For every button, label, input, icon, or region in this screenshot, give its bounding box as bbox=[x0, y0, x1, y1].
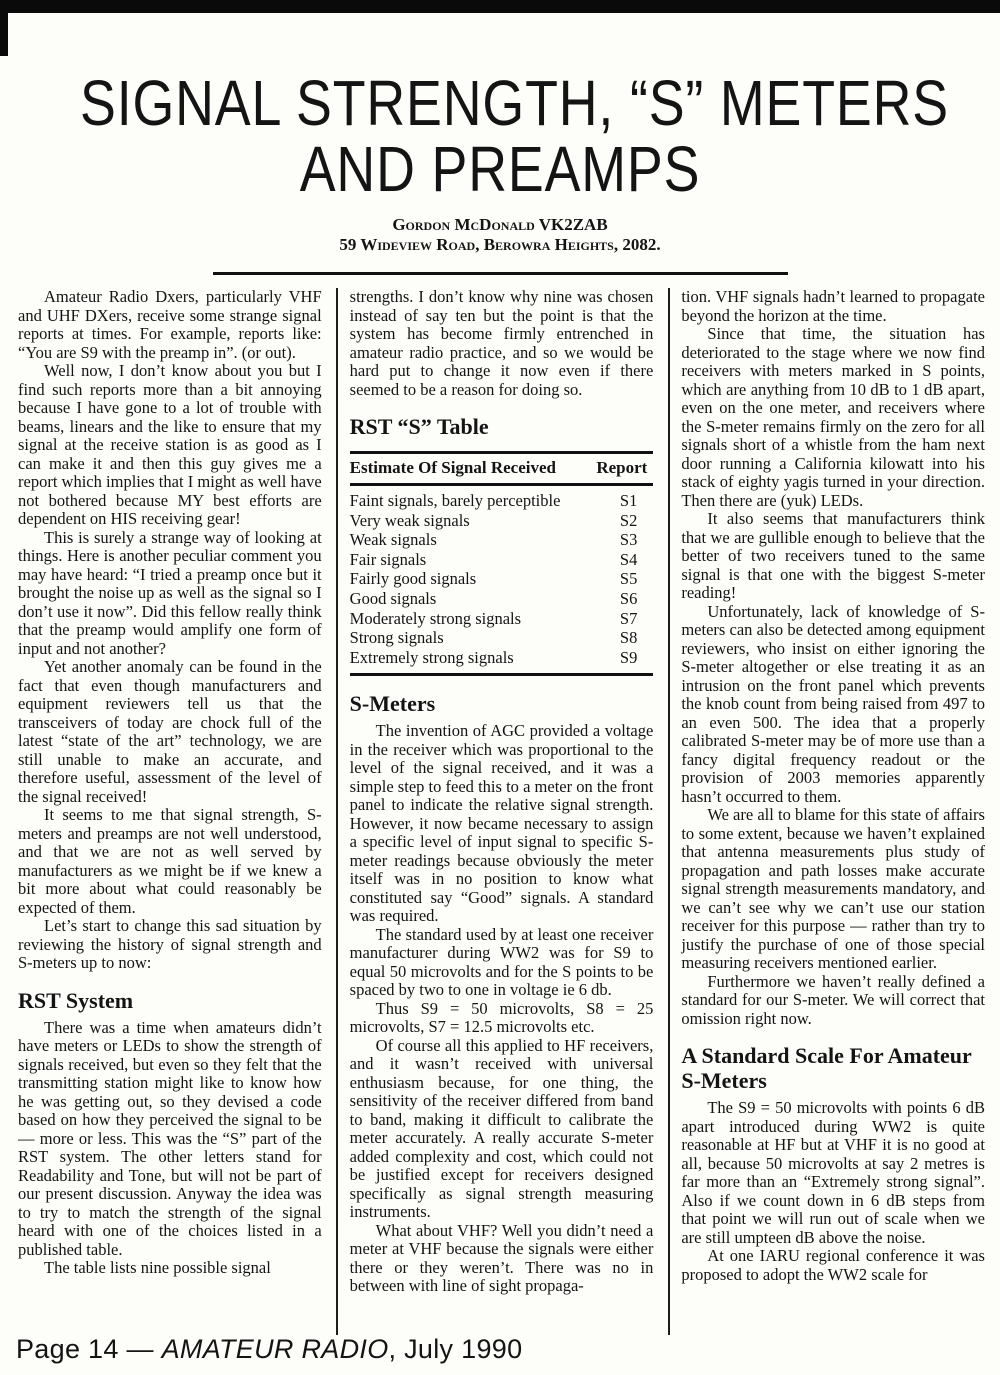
article-title-line1: SIGNAL STRENGTH, “S” METERS bbox=[80, 70, 920, 136]
paragraph: The invention of AGC provided a voltage … bbox=[350, 722, 654, 926]
paragraph: Well now, I don’t know about you but I f… bbox=[18, 362, 322, 529]
paragraph: This is surely a strange way of looking … bbox=[18, 529, 322, 659]
table-header-row: Estimate Of Signal Received Report bbox=[350, 453, 654, 485]
column-3: tion. VHF signals hadn’t learned to prop… bbox=[681, 288, 985, 1296]
paragraph: It seems to me that signal strength, S-m… bbox=[18, 806, 322, 917]
signal-estimate-cell: Moderately strong signals bbox=[350, 609, 589, 629]
footer-page-number: Page 14 — bbox=[16, 1334, 162, 1364]
paragraph: Since that time, the situation has deter… bbox=[681, 325, 985, 510]
table-row: Good signals S6 bbox=[350, 589, 654, 609]
paragraph: There was a time when amateurs didn’t ha… bbox=[18, 1019, 322, 1260]
signal-estimate-cell: Fairly good signals bbox=[350, 569, 589, 589]
table-row: Extremely strong signals S9 bbox=[350, 648, 654, 675]
signal-estimate-cell: Weak signals bbox=[350, 530, 589, 550]
paragraph: What about VHF? Well you didn’t need a m… bbox=[350, 1222, 654, 1296]
paragraph: It also seems that manufacturers think t… bbox=[681, 510, 985, 603]
table-row: Moderately strong signals S7 bbox=[350, 609, 654, 629]
paragraph: Furthermore we haven’t really defined a … bbox=[681, 973, 985, 1029]
paragraph: Yet another anomaly can be found in the … bbox=[18, 658, 322, 806]
paragraph: Amateur Radio Dxers, particularly VHF an… bbox=[18, 288, 322, 362]
signal-estimate-cell: Extremely strong signals bbox=[350, 648, 589, 675]
paragraph: Let’s start to change this sad situation… bbox=[18, 917, 322, 973]
paragraph: We are all to blame for this state of af… bbox=[681, 806, 985, 973]
article-body: Amateur Radio Dxers, particularly VHF an… bbox=[18, 288, 985, 1296]
table-header-estimate: Estimate Of Signal Received bbox=[350, 453, 589, 485]
report-cell: S1 bbox=[589, 485, 654, 511]
paragraph: Of course all this applied to HF receive… bbox=[350, 1037, 654, 1222]
paragraph: Thus S9 = 50 microvolts, S8 = 25 microvo… bbox=[350, 1000, 654, 1037]
table-header-report: Report bbox=[589, 453, 654, 485]
report-cell: S7 bbox=[589, 609, 654, 629]
paragraph: tion. VHF signals hadn’t learned to prop… bbox=[681, 288, 985, 325]
section-heading-standard-scale: A Standard Scale For Amateur S-Meters bbox=[681, 1043, 985, 1093]
column-2: strengths. I don’t know why nine was cho… bbox=[350, 288, 654, 1296]
masthead: SIGNAL STRENGTH, “S” METERS AND PREAMPS … bbox=[0, 0, 1000, 275]
report-cell: S4 bbox=[589, 550, 654, 570]
signal-estimate-cell: Very weak signals bbox=[350, 511, 589, 531]
section-heading-rst-s-table: RST “S” Table bbox=[350, 414, 654, 439]
report-cell: S8 bbox=[589, 628, 654, 648]
table-row: Fair signals S4 bbox=[350, 550, 654, 570]
paragraph: The standard used by at least one receiv… bbox=[350, 926, 654, 1000]
footer-magazine-name: AMATEUR RADIO bbox=[162, 1334, 389, 1364]
author-byline: Gordon McDonald VK2ZAB bbox=[0, 215, 1000, 235]
rst-s-table: Estimate Of Signal Received Report Faint… bbox=[350, 451, 654, 676]
page-footer: Page 14 — AMATEUR RADIO, July 1990 bbox=[16, 1334, 522, 1365]
paragraph: strengths. I don’t know why nine was cho… bbox=[350, 288, 654, 399]
paragraph: The table lists nine possible signal bbox=[18, 1259, 322, 1278]
section-heading-rst-system: RST System bbox=[18, 988, 322, 1013]
signal-estimate-cell: Faint signals, barely perceptible bbox=[350, 485, 589, 511]
report-cell: S2 bbox=[589, 511, 654, 531]
report-cell: S9 bbox=[589, 648, 654, 675]
signal-estimate-cell: Fair signals bbox=[350, 550, 589, 570]
author-address: 59 Wideview Road, Berowra Heights, 2082. bbox=[0, 235, 1000, 255]
masthead-rule bbox=[213, 272, 788, 275]
footer-issue-date: , July 1990 bbox=[389, 1334, 523, 1364]
section-heading-s-meters: S-Meters bbox=[350, 691, 654, 716]
table-row: Weak signals S3 bbox=[350, 530, 654, 550]
signal-estimate-cell: Strong signals bbox=[350, 628, 589, 648]
report-cell: S5 bbox=[589, 569, 654, 589]
column-1: Amateur Radio Dxers, particularly VHF an… bbox=[18, 288, 322, 1296]
paragraph: The S9 = 50 microvolts with points 6 dB … bbox=[681, 1099, 985, 1247]
signal-estimate-cell: Good signals bbox=[350, 589, 589, 609]
table-row: Very weak signals S2 bbox=[350, 511, 654, 531]
magazine-page: SIGNAL STRENGTH, “S” METERS AND PREAMPS … bbox=[0, 0, 1000, 1375]
report-cell: S6 bbox=[589, 589, 654, 609]
article-title-line2: AND PREAMPS bbox=[80, 136, 920, 202]
report-cell: S3 bbox=[589, 530, 654, 550]
table-row: Faint signals, barely perceptible S1 bbox=[350, 485, 654, 511]
table-row: Fairly good signals S5 bbox=[350, 569, 654, 589]
table-row: Strong signals S8 bbox=[350, 628, 654, 648]
paragraph: Unfortunately, lack of knowledge of S-me… bbox=[681, 603, 985, 807]
paragraph: At one IARU regional conference it was p… bbox=[681, 1247, 985, 1284]
